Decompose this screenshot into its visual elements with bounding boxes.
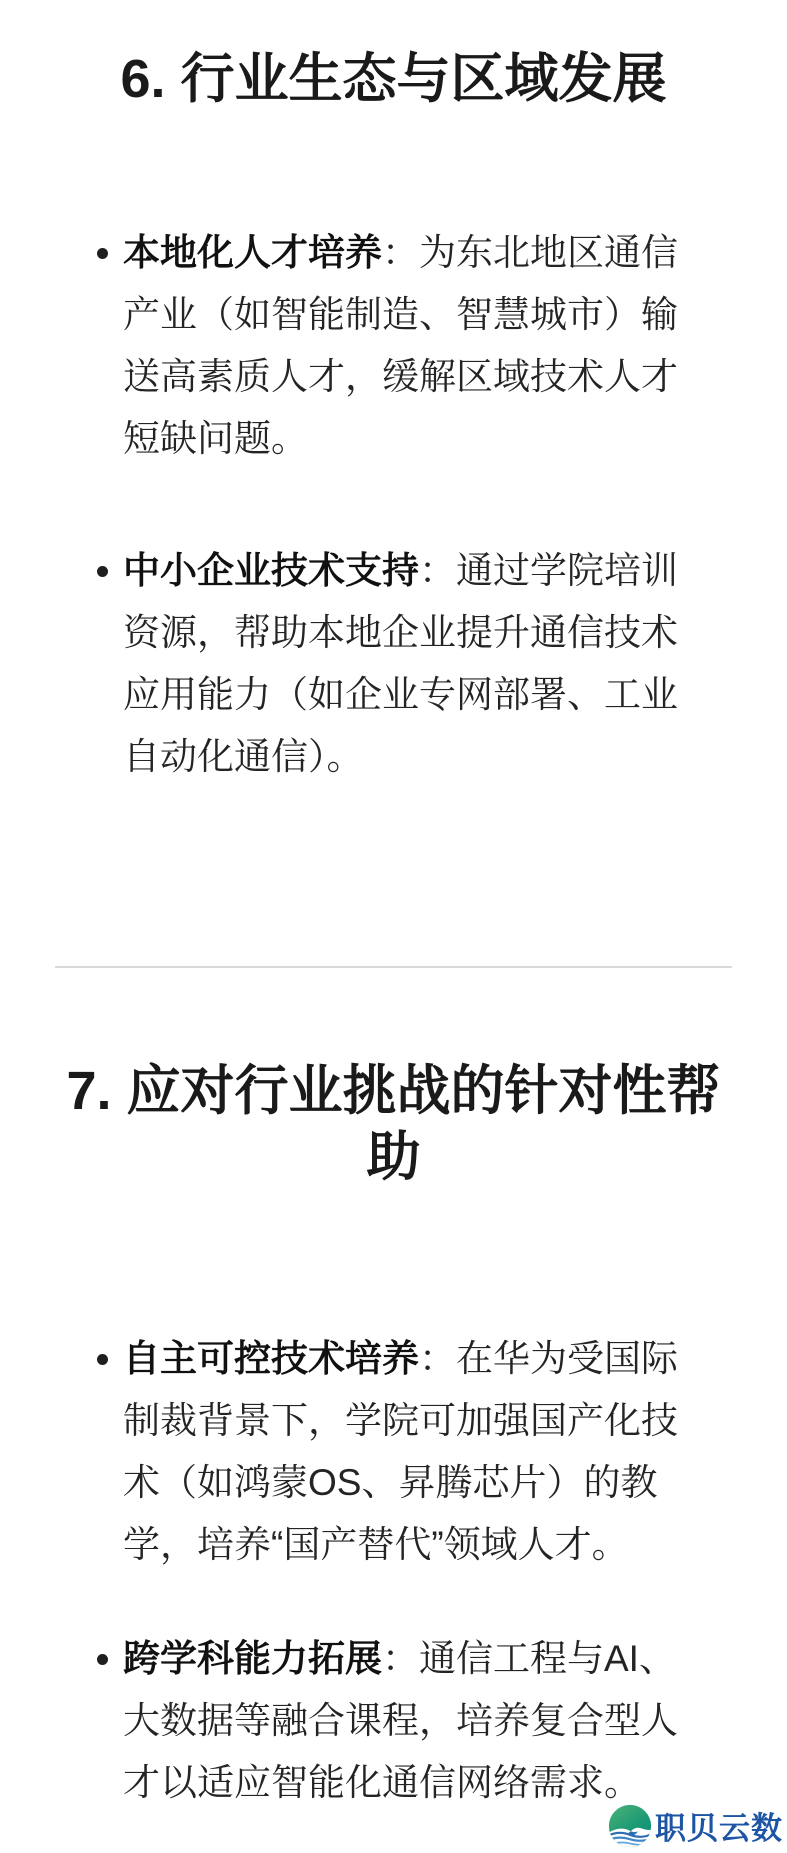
- section-7-heading: 7. 应对行业挑战的针对性帮助: [48, 1058, 739, 1190]
- bullet-dot-icon: [97, 248, 108, 259]
- list-item: 本地化人才培养：为东北地区通信产业（如智能制造、智慧城市）输送高素质人才，缓解区…: [97, 222, 679, 470]
- zhibei-cloud-logo-icon: [608, 1804, 652, 1848]
- list-item: 自主可控技术培养：在华为受国际制裁背景下，学院可加强国产化技术（如鸿蒙OS、昇腾…: [97, 1328, 679, 1576]
- bullet-label: 中小企业技术支持: [123, 550, 419, 591]
- section-7-bullet-list: 自主可控技术培养：在华为受国际制裁背景下，学院可加强国产化技术（如鸿蒙OS、昇腾…: [0, 1328, 787, 1814]
- list-item: 跨学科能力拓展：通信工程与AI、大数据等融合课程，培养复合型人才以适应智能化通信…: [97, 1628, 679, 1814]
- section-divider: [55, 966, 732, 968]
- article-page: 6. 行业生态与区域发展 本地化人才培养：为东北地区通信产业（如智能制造、智慧城…: [0, 0, 787, 1853]
- watermark: 职贝云数: [608, 1803, 783, 1848]
- bullet-dot-icon: [97, 1354, 108, 1365]
- bullet-dot-icon: [97, 1654, 108, 1665]
- watermark-brand-text: 职贝云数: [655, 1803, 783, 1848]
- bullet-dot-icon: [97, 566, 108, 577]
- list-item: 中小企业技术支持：通过学院培训资源，帮助本地企业提升通信技术应用能力（如企业专网…: [97, 540, 679, 788]
- section-6-heading: 6. 行业生态与区域发展: [48, 46, 739, 112]
- bullet-label: 跨学科能力拓展: [123, 1638, 382, 1679]
- bullet-label: 本地化人才培养: [123, 232, 382, 273]
- bullet-label: 自主可控技术培养: [123, 1338, 419, 1379]
- section-6-bullet-list: 本地化人才培养：为东北地区通信产业（如智能制造、智慧城市）输送高素质人才，缓解区…: [0, 222, 787, 788]
